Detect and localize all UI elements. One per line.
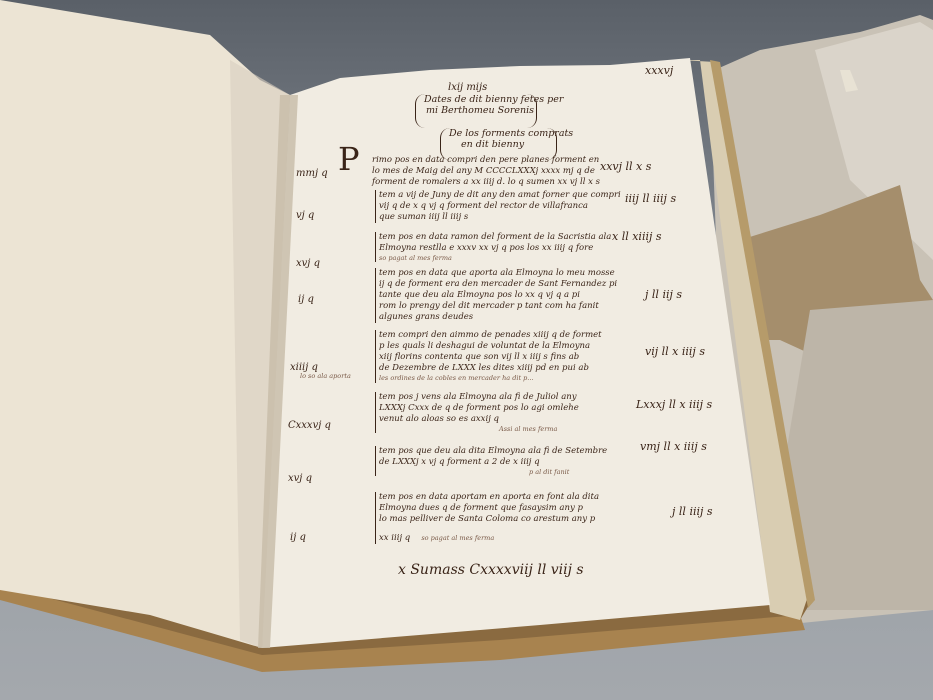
entry-4-line: algunes grans deudes xyxy=(379,312,604,323)
page-total: x Sumass Cxxxxviij ll viij s xyxy=(398,562,584,578)
entry-2-line: vij q de x q vj q forment del rector de … xyxy=(379,201,589,212)
entry-7-line: tem pos que deu ala dita Elmoyna ala fi … xyxy=(379,446,604,457)
entry-6-margin: Cxxxvj q xyxy=(288,420,331,431)
entry-8-note: so pagat al mes ferma xyxy=(415,534,494,542)
entry-7-line: de LXXXj x vj q forment a 2 de x iiij q xyxy=(379,457,604,468)
entry-8-line: Elmoyna dues q de forment que fasaysim a… xyxy=(379,503,604,514)
entry-5-line: xiij florins contenta que son vij ll x i… xyxy=(379,352,604,363)
heading-2-line-1: De los forments comprats xyxy=(441,128,556,139)
entry-1-amount: xxvj ll x s xyxy=(600,160,651,173)
heading-2-line-2: en dit bienny xyxy=(441,139,556,150)
entry-4: tem pos en data que aporta ala Elmoyna l… xyxy=(375,268,604,323)
entry-3: tem pos en data ramon del forment de la … xyxy=(375,232,599,262)
entry-1-line: rimo pos en data compri den pere planes … xyxy=(372,155,592,166)
initial-letter: P xyxy=(338,140,360,178)
entry-4-line: tante que deu ala Elmoyna pos lo xx q vj… xyxy=(379,290,604,301)
entry-7: tem pos que deu ala dita Elmoyna ala fi … xyxy=(375,446,604,476)
entry-2-amount: iiij ll iiij s xyxy=(625,192,676,205)
entry-6: tem pos j vens ala Elmoyna ala fi de Jul… xyxy=(375,392,604,433)
entry-7-amount: vmj ll x iiij s xyxy=(640,440,707,453)
entry-3-line: Elmoyna restlla e xxxv xx vj q pos los x… xyxy=(379,243,599,254)
entry-8-amount: j ll iiij s xyxy=(672,505,713,518)
header-top: lxij mijs xyxy=(448,82,487,93)
entry-5-line: les ordines de la cobles en mercader ha … xyxy=(379,374,604,383)
entry-3-line: tem pos en data ramon del forment de la … xyxy=(379,232,599,243)
entry-7-note: p al dit fanit xyxy=(379,468,604,476)
entry-4-line: tem pos en data que aporta ala Elmoyna l… xyxy=(379,268,604,279)
entry-8: tem pos en data aportam en aporta en fon… xyxy=(375,492,604,544)
entry-6-note: Assi al mes ferma xyxy=(379,425,604,433)
entry-3-margin: xvj q xyxy=(296,258,320,269)
entry-5-line: de Dezembre de LXXX les dites xiiij pd e… xyxy=(379,363,604,374)
entry-1-margin: mmj q xyxy=(296,168,328,179)
entry-6-line: tem pos j vens ala Elmoyna ala fi de Jul… xyxy=(379,392,604,403)
folio-number: xxxvj xyxy=(645,64,673,77)
entry-2-line: que suman iiij ll iiij s xyxy=(379,212,589,223)
entry-8-line: xx iiij q xyxy=(379,533,410,543)
entry-2-line: tem a vij de Juny de dit any den amat fo… xyxy=(379,190,589,201)
entry-4-line: rom lo prengy del dit mercader p tant co… xyxy=(379,301,604,312)
entry-1: rimo pos en data compri den pere planes … xyxy=(372,155,592,188)
entry-1-line: forment de romalers a xx iiij d. lo q su… xyxy=(372,177,592,188)
entry-5-amount: vij ll x iiij s xyxy=(645,345,705,358)
entry-5-margin-note: lo so ala aporta xyxy=(300,372,351,380)
entry-6-amount: Lxxxj ll x iiij s xyxy=(636,398,712,411)
entry-2: tem a vij de Juny de dit any den amat fo… xyxy=(375,190,589,223)
heading-box-1: Dates de dit bienny fetes per mi Berthom… xyxy=(415,94,537,128)
entry-6-line: venut alo aloas so es axxij q xyxy=(379,414,604,425)
entry-3-amount: x ll xiiij s xyxy=(612,230,662,243)
entry-5-line: p les quals li deshagui de voluntat de l… xyxy=(379,341,604,352)
entry-3-note: so pagat al mes ferma xyxy=(379,254,599,262)
entry-8-line: lo mas pelliver de Santa Coloma co arest… xyxy=(379,514,604,525)
entry-4-amount: j ll iij s xyxy=(645,288,682,301)
entry-4-line: ij q de forment era den mercader de Sant… xyxy=(379,279,604,290)
entry-7-margin: xvj q xyxy=(288,473,312,484)
entry-5-line: tem compri den aimmo de penades xiiij q … xyxy=(379,330,604,341)
entry-6-line: LXXXj Cxxx de q de forment pos lo agi om… xyxy=(379,403,604,414)
entry-8-line: tem pos en data aportam en aporta en fon… xyxy=(379,492,604,503)
entry-5: tem compri den aimmo de penades xiiij q … xyxy=(375,330,604,383)
entry-8-margin: ij q xyxy=(290,532,306,543)
heading-1-line-1: Dates de dit bienny fetes per xyxy=(416,94,536,105)
heading-1-line-2: mi Berthomeu Sorenis xyxy=(416,105,536,116)
entry-4-margin: ij q xyxy=(298,294,314,305)
entry-2-margin: vj q xyxy=(296,210,314,221)
entry-1-line: lo mes de Maig del any M CCCCLXXXj xxxx … xyxy=(372,166,592,177)
